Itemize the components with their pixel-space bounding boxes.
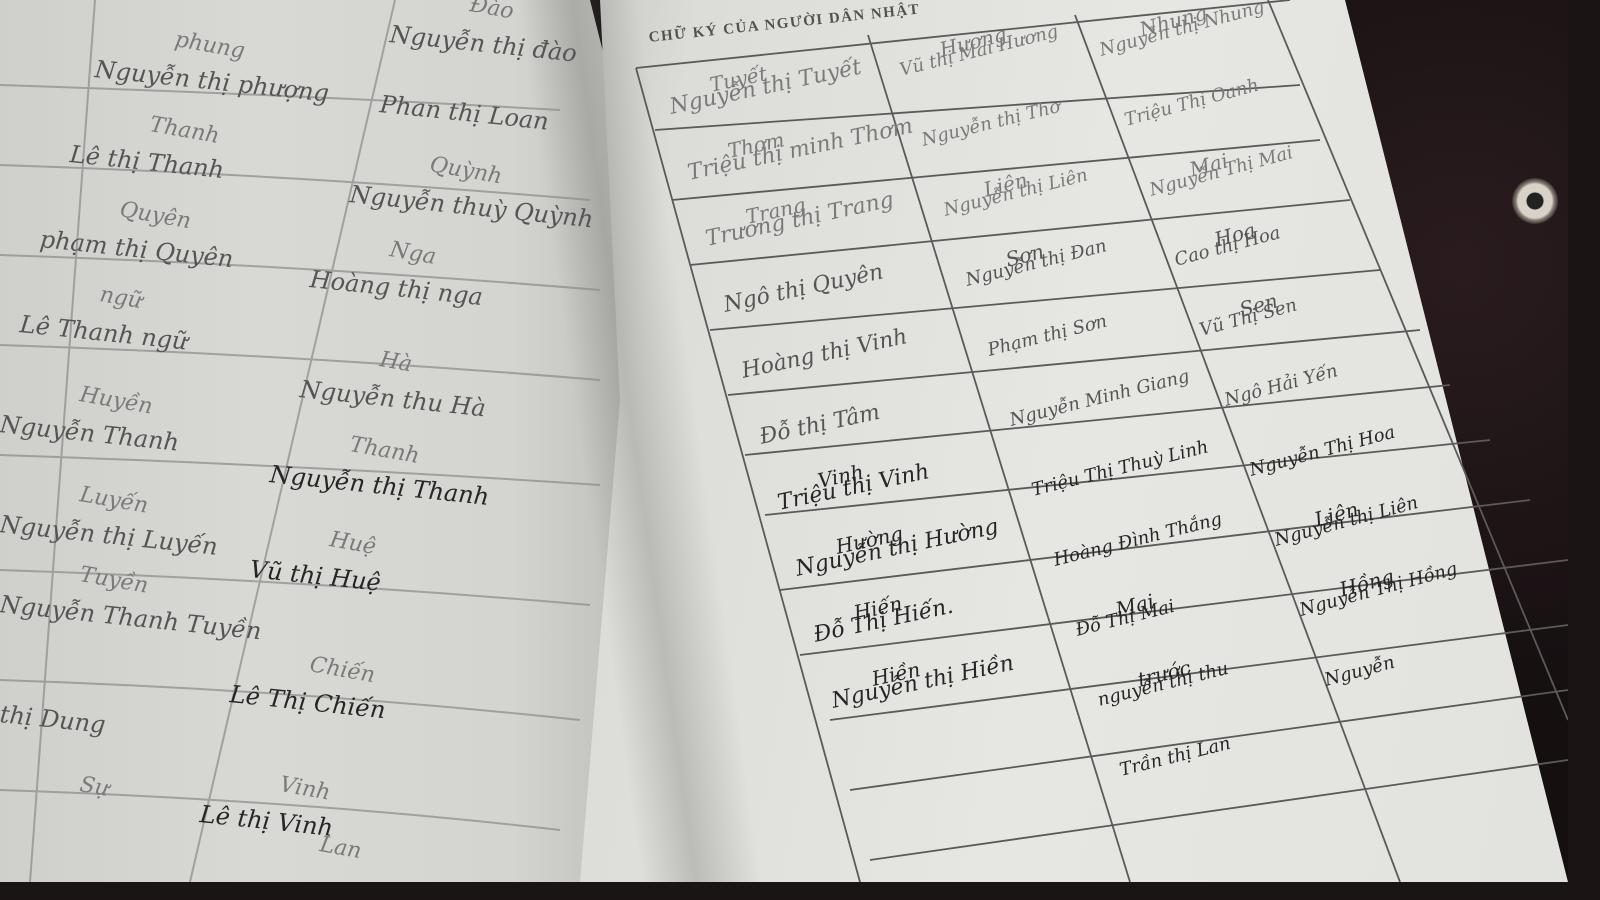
handwritten-entry: Hà xyxy=(378,347,414,377)
handwritten-entry: Sự xyxy=(78,772,111,802)
